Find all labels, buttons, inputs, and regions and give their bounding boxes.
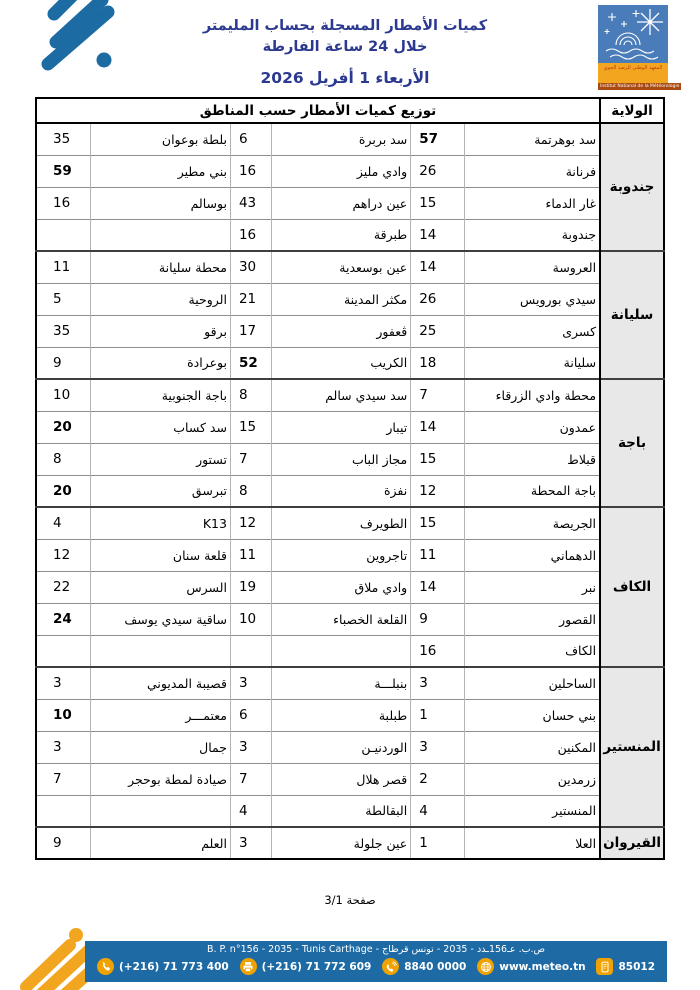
rain-value-cell: 57 — [411, 123, 465, 155]
rain-value-cell: 16 — [230, 219, 271, 251]
station-name-cell: غار الدماء — [464, 187, 600, 219]
station-name-cell: طبلبة — [271, 699, 410, 731]
table-row: الدهماني11تاجروين11قلعة سنان12 — [36, 539, 664, 571]
station-name-cell: الدهماني — [464, 539, 600, 571]
rain-value-cell: 15 — [230, 411, 271, 443]
station-name-cell — [91, 795, 231, 827]
rain-value-cell: 15 — [411, 507, 465, 539]
rain-value-cell: 12 — [36, 539, 91, 571]
table-row: زرمدين2قصر هلال7صيادة لمطة بوحجر7 — [36, 763, 664, 795]
rain-value-cell: 19 — [230, 571, 271, 603]
table-row: باجة المحطة12نفزة8تبرسق20 — [36, 475, 664, 507]
wilaya-cell: جندوبة — [600, 123, 664, 251]
rain-value-cell: 21 — [230, 283, 271, 315]
rain-value-cell: 6 — [230, 123, 271, 155]
station-name-cell: نبر — [464, 571, 600, 603]
station-name-cell: ڤعفور — [271, 315, 410, 347]
wilaya-cell: سليانة — [600, 251, 664, 379]
rain-value-cell: 20 — [36, 411, 91, 443]
station-name-cell: محطة وادي الزرقاء — [464, 379, 600, 411]
station-name-cell: فرنانة — [464, 155, 600, 187]
table-row: جندوبةسد بوهرتمة57سد بربرة6بلطة بوعوان35 — [36, 123, 664, 155]
meteorology-institute-logo: المعهد الوطني للرصد الجوي Institut Natio… — [598, 5, 668, 85]
table-row: نبر14وادي ملاق19السرس22 — [36, 571, 664, 603]
rain-value-cell: 2 — [411, 763, 465, 795]
station-name-cell — [271, 635, 410, 667]
rain-value-cell: 10 — [230, 603, 271, 635]
station-name-cell: سد سيدي سالم — [271, 379, 410, 411]
rain-value-cell: 7 — [36, 763, 91, 795]
table-row: عمدون14تيبار15سد كساب20 — [36, 411, 664, 443]
station-name-cell: سد كساب — [91, 411, 231, 443]
station-name-cell: برقو — [91, 315, 231, 347]
rain-value-cell: 3 — [230, 667, 271, 699]
station-name-cell: سد بوهرتمة — [464, 123, 600, 155]
report-date: الأربعاء 1 أفريل 2026 — [125, 69, 565, 87]
station-name-cell: صيادة لمطة بوحجر — [91, 763, 231, 795]
rain-value-cell: 5 — [36, 283, 91, 315]
table-row: سيدي بورويس26مكثر المدينة21الروحية5 — [36, 283, 664, 315]
station-name-cell: سيدي بورويس — [464, 283, 600, 315]
station-name-cell: السرس — [91, 571, 231, 603]
station-name-cell: جندوبة — [464, 219, 600, 251]
table-row: بني حسان1طبلبة6معتمـــر10 — [36, 699, 664, 731]
rainfall-report-page: كميات الأمطار المسجلة بحساب المليمتر خلا… — [0, 0, 700, 990]
rain-value-cell: 12 — [230, 507, 271, 539]
table-row: المكنين3الوردنيـن3جمال3 — [36, 731, 664, 763]
contact-label: www.meteo.tn — [499, 961, 585, 973]
institute-caption-french: Institut National de la Météorologie — [598, 83, 681, 90]
table-row: الكافالجريصة15الطويرف12K134 — [36, 507, 664, 539]
wilaya-cell: القيروان — [600, 827, 664, 859]
station-name-cell: الجريصة — [464, 507, 600, 539]
wilaya-cell: الكاف — [600, 507, 664, 667]
rain-value-cell: 3 — [230, 731, 271, 763]
station-name-cell: بنبلـــة — [271, 667, 410, 699]
rain-value-cell: 16 — [36, 187, 91, 219]
rain-value-cell: 4 — [230, 795, 271, 827]
station-name-cell: ساقية سيدي يوسف — [91, 603, 231, 635]
rain-value-cell: 1 — [411, 827, 465, 859]
station-name-cell: باجة الجنوبية — [91, 379, 231, 411]
rain-value-cell: 8 — [230, 379, 271, 411]
rain-value-cell: 26 — [411, 283, 465, 315]
rain-value-cell: 11 — [411, 539, 465, 571]
rain-value-cell: 30 — [230, 251, 271, 283]
station-name-cell: بوسالم — [91, 187, 231, 219]
rain-value-cell: 25 — [411, 315, 465, 347]
report-title-line1: كميات الأمطار المسجلة بحساب المليمتر — [125, 16, 565, 37]
sms-icon — [596, 958, 613, 975]
station-name-cell: باجة المحطة — [464, 475, 600, 507]
rain-value-cell: 14 — [411, 251, 465, 283]
footer-address-latin: B. P. n°156 - 2035 - Tunis Carthage — [207, 944, 373, 955]
rain-value-cell — [36, 795, 91, 827]
rain-value-cell: 9 — [411, 603, 465, 635]
station-name-cell: عين جلولة — [271, 827, 410, 859]
wilaya-cell: باجة — [600, 379, 664, 507]
station-name-cell: وادي ملاق — [271, 571, 410, 603]
rainfall-table: الولاية توزيع كميات الأمطار حسب المناطق … — [35, 97, 665, 860]
table-row: القيروانالعلا1عين جلولة3العلم9 — [36, 827, 664, 859]
rain-value-cell: 59 — [36, 155, 91, 187]
rain-value-cell: 11 — [230, 539, 271, 571]
report-header: كميات الأمطار المسجلة بحساب المليمتر خلا… — [125, 16, 565, 87]
station-name-cell: طبرقة — [271, 219, 410, 251]
inm-stripes-logo — [18, 0, 118, 78]
station-name-cell: قصيبة المديوني — [91, 667, 231, 699]
station-name-cell: العلا — [464, 827, 600, 859]
mobile-phone-icon — [382, 958, 399, 975]
rain-value-cell: 8 — [230, 475, 271, 507]
station-name-cell: المنستير — [464, 795, 600, 827]
rain-value-cell: 9 — [36, 827, 91, 859]
table-row: كسرى25ڤعفور17برقو35 — [36, 315, 664, 347]
rain-value-cell: 35 — [36, 315, 91, 347]
rain-value-cell: 12 — [411, 475, 465, 507]
page-number: صفحة 3/1 — [0, 893, 700, 907]
distribution-header: توزيع كميات الأمطار حسب المناطق — [36, 98, 600, 123]
station-name-cell: قلعة سنان — [91, 539, 231, 571]
rain-value-cell: 10 — [36, 699, 91, 731]
contact-item: (+216) 71 773 400 — [97, 958, 229, 975]
station-name-cell — [91, 219, 231, 251]
rain-value-cell: 3 — [230, 827, 271, 859]
table-row: سليانة18الكريب52بوعرادة9 — [36, 347, 664, 379]
report-title-line2: خلال 24 ساعة الفارطة — [125, 37, 565, 58]
station-name-cell: قبلاط — [464, 443, 600, 475]
table-row: المنستير4البقالطة4 — [36, 795, 664, 827]
footer-contact-bar: ص.ب. عـ156ـدد - 2035 - تونس قرطاج - B. P… — [85, 941, 667, 982]
station-name-cell: القصور — [464, 603, 600, 635]
footer-contacts: (+216) 71 773 400(+216) 71 772 6098840 0… — [95, 958, 657, 975]
contact-label: 85012 — [618, 961, 655, 973]
station-name-cell: الكاف — [464, 635, 600, 667]
rain-value-cell: 26 — [411, 155, 465, 187]
rain-value-cell — [230, 635, 271, 667]
table-row: المنستيرالساحلين3بنبلـــة3قصيبة المديوني… — [36, 667, 664, 699]
table-row: غار الدماء15عين دراهم43بوسالم16 — [36, 187, 664, 219]
rain-value-cell: 16 — [230, 155, 271, 187]
footer-address-arabic: ص.ب. عـ156ـدد - 2035 - تونس قرطاج - — [376, 944, 545, 955]
rain-value-cell: 35 — [36, 123, 91, 155]
station-name-cell: الروحية — [91, 283, 231, 315]
station-name-cell: البقالطة — [271, 795, 410, 827]
station-name-cell: سليانة — [464, 347, 600, 379]
station-name-cell: K13 — [91, 507, 231, 539]
rain-value-cell: 7 — [230, 443, 271, 475]
rain-value-cell: 16 — [411, 635, 465, 667]
station-name-cell: الطويرف — [271, 507, 410, 539]
contact-label: (+216) 71 772 609 — [262, 961, 372, 973]
station-name-cell: المكنين — [464, 731, 600, 763]
rain-value-cell: 14 — [411, 411, 465, 443]
station-name-cell: العروسة — [464, 251, 600, 283]
rain-value-cell: 10 — [36, 379, 91, 411]
contact-item: 8840 0000 — [382, 958, 466, 975]
station-name-cell: الوردنيـن — [271, 731, 410, 763]
fax-icon — [240, 958, 257, 975]
contact-label: 8840 0000 — [404, 961, 466, 973]
table-row: باجةمحطة وادي الزرقاء7سد سيدي سالم8باجة … — [36, 379, 664, 411]
station-name-cell: بوعرادة — [91, 347, 231, 379]
wilaya-cell: المنستير — [600, 667, 664, 827]
table-row: قبلاط15مجاز الباب7تستور8 — [36, 443, 664, 475]
phone-icon — [97, 958, 114, 975]
rain-value-cell: 3 — [411, 731, 465, 763]
stripes-icon — [18, 0, 118, 78]
rain-value-cell: 7 — [230, 763, 271, 795]
station-name-cell: زرمدين — [464, 763, 600, 795]
station-name-cell: عمدون — [464, 411, 600, 443]
table-row: فرنانة26وادي مليز16بني مطير59 — [36, 155, 664, 187]
station-name-cell: جمال — [91, 731, 231, 763]
station-name-cell: محطة سليانة — [91, 251, 231, 283]
station-name-cell: بني حسان — [464, 699, 600, 731]
globe-icon — [477, 958, 494, 975]
station-name-cell: تبرسق — [91, 475, 231, 507]
rain-value-cell: 7 — [411, 379, 465, 411]
report-title: كميات الأمطار المسجلة بحساب المليمتر خلا… — [125, 16, 565, 58]
station-name-cell: وادي مليز — [271, 155, 410, 187]
rain-value-cell: 3 — [36, 667, 91, 699]
rain-value-cell: 6 — [230, 699, 271, 731]
rain-value-cell: 17 — [230, 315, 271, 347]
station-name-cell: الساحلين — [464, 667, 600, 699]
rain-value-cell: 9 — [36, 347, 91, 379]
rain-value-cell: 15 — [411, 443, 465, 475]
station-name-cell: معتمـــر — [91, 699, 231, 731]
rain-value-cell: 3 — [411, 667, 465, 699]
rain-value-cell: 11 — [36, 251, 91, 283]
station-name-cell: عين بوسعدية — [271, 251, 410, 283]
station-name-cell: نفزة — [271, 475, 410, 507]
rain-value-cell: 14 — [411, 571, 465, 603]
station-name-cell: مجاز الباب — [271, 443, 410, 475]
rain-value-cell — [36, 219, 91, 251]
rain-value-cell: 4 — [36, 507, 91, 539]
footer-address: ص.ب. عـ156ـدد - 2035 - تونس قرطاج - B. P… — [95, 944, 657, 955]
station-name-cell: تستور — [91, 443, 231, 475]
rain-value-cell: 22 — [36, 571, 91, 603]
station-name-cell: تيبار — [271, 411, 410, 443]
rain-value-cell: 14 — [411, 219, 465, 251]
rain-value-cell: 3 — [36, 731, 91, 763]
station-name-cell: الكريب — [271, 347, 410, 379]
station-name-cell: مكثر المدينة — [271, 283, 410, 315]
rain-value-cell: 15 — [411, 187, 465, 219]
rain-value-cell — [36, 635, 91, 667]
station-name-cell: بني مطير — [91, 155, 231, 187]
table-row: سليانةالعروسة14عين بوسعدية30محطة سليانة1… — [36, 251, 664, 283]
rain-value-cell: 1 — [411, 699, 465, 731]
table-row: القصور9القلعة الخصباء10ساقية سيدي يوسف24 — [36, 603, 664, 635]
table-header-row: الولاية توزيع كميات الأمطار حسب المناطق — [36, 98, 664, 123]
station-name-cell: عين دراهم — [271, 187, 410, 219]
rain-value-cell: 43 — [230, 187, 271, 219]
station-name-cell: سد بربرة — [271, 123, 410, 155]
contact-label: (+216) 71 773 400 — [119, 961, 229, 973]
station-name-cell: العلم — [91, 827, 231, 859]
rain-value-cell: 8 — [36, 443, 91, 475]
contact-item: (+216) 71 772 609 — [240, 958, 372, 975]
station-name-cell: القلعة الخصباء — [271, 603, 410, 635]
institute-caption-arabic: المعهد الوطني للرصد الجوي — [598, 65, 668, 72]
rain-value-cell: 52 — [230, 347, 271, 379]
rain-value-cell: 24 — [36, 603, 91, 635]
table-row: جندوبة14طبرقة16 — [36, 219, 664, 251]
wilaya-column-header: الولاية — [600, 98, 664, 123]
rain-value-cell: 20 — [36, 475, 91, 507]
station-name-cell — [91, 635, 231, 667]
station-name-cell: كسرى — [464, 315, 600, 347]
table-row: الكاف16 — [36, 635, 664, 667]
station-name-cell: بلطة بوعوان — [91, 123, 231, 155]
rain-value-cell: 4 — [411, 795, 465, 827]
station-name-cell: تاجروين — [271, 539, 410, 571]
rain-value-cell: 18 — [411, 347, 465, 379]
contact-item: www.meteo.tn — [477, 958, 585, 975]
station-name-cell: قصر هلال — [271, 763, 410, 795]
contact-item: 85012 — [596, 958, 655, 975]
weather-illustration-icon — [598, 5, 668, 63]
institute-caption: المعهد الوطني للرصد الجوي Institut Natio… — [598, 63, 668, 85]
